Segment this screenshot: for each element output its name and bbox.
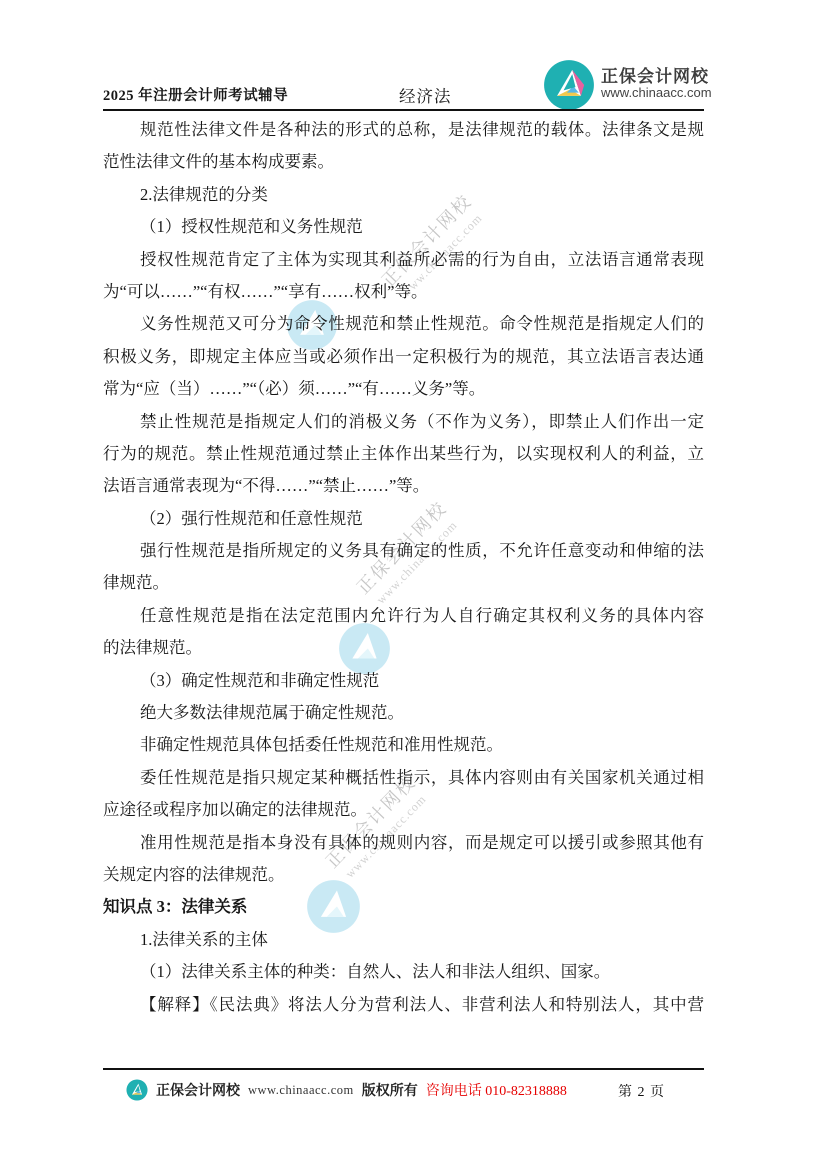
footer-copyright: 版权所有	[362, 1080, 418, 1100]
subject-title: 经济法	[399, 83, 452, 107]
footer-phone: 咨询电话 010-82318888	[426, 1080, 567, 1100]
section-heading: 知识点 3：法律关系	[103, 891, 704, 923]
body-line: 律规范。	[103, 567, 704, 599]
header-divider	[103, 109, 704, 111]
footer-logo-icon	[126, 1079, 148, 1101]
body-line: 义务性规范又可分为命令性规范和禁止性规范。命令性规范是指规定人们的	[103, 308, 704, 340]
body-line: 积极义务，即规定主体应当或必须作出一定积极行为的规范，其立法语言表达通	[103, 341, 704, 373]
footer-page-number: 第 2 页	[618, 1081, 665, 1101]
body-line: 非确定性规范具体包括委任性规范和准用性规范。	[103, 729, 704, 761]
brand-logo-icon	[543, 59, 595, 111]
body-line: 关规定内容的法律规范。	[103, 859, 704, 891]
brand-name: 正保会计网校	[601, 62, 709, 87]
body-line: 1.法律关系的主体	[103, 924, 704, 956]
body-line: 范性法律文件的基本构成要素。	[103, 146, 704, 178]
body-line: 委任性规范是指只规定某种概括性指示，具体内容则由有关国家机关通过相	[103, 762, 704, 794]
footer-brand-row: 正保会计网校 www.chinaacc.com 版权所有 咨询电话 010-82…	[126, 1078, 567, 1102]
body-line: （2）强行性规范和任意性规范	[103, 503, 704, 535]
body-line: 2.法律规范的分类	[103, 179, 704, 211]
body-line: 为“可以……”“有权……”“享有……权利”等。	[103, 276, 704, 308]
document-body: 规范性法律文件是各种法的形式的总称，是法律规范的载体。法律条文是规 范性法律文件…	[103, 114, 704, 1021]
brand-url: www.chinaacc.com	[601, 85, 712, 100]
body-line: 的法律规范。	[103, 632, 704, 664]
footer-brand-name: 正保会计网校	[156, 1080, 240, 1100]
body-line: 授权性规范肯定了主体为实现其利益所必需的行为自由，立法语言通常表现	[103, 244, 704, 276]
body-line: 常为“应（当）……”“（必）须……”“有……义务”等。	[103, 373, 704, 405]
body-line: 任意性规范是指在法定范围内允许行为人自行确定其权利义务的具体内容	[103, 600, 704, 632]
body-line: 【解释】《民法典》将法人分为营利法人、非营利法人和特别法人，其中营	[103, 989, 704, 1021]
body-line: 应途径或程序加以确定的法律规范。	[103, 794, 704, 826]
body-line: 绝大多数法律规范属于确定性规范。	[103, 697, 704, 729]
document-page: 正保会计网校 www.chinaacc.com 正保会计网校 www.china…	[0, 0, 827, 1170]
footer-divider	[103, 1068, 704, 1070]
footer-brand-url: www.chinaacc.com	[248, 1083, 354, 1098]
body-line: 行为的规范。禁止性规范通过禁止主体作出某些行为，以实现权利人的利益，立	[103, 438, 704, 470]
body-line: 规范性法律文件是各种法的形式的总称，是法律规范的载体。法律条文是规	[103, 114, 704, 146]
course-title: 2025 年注册会计师考试辅导	[103, 84, 288, 105]
body-line: （1）法律关系主体的种类：自然人、法人和非法人组织、国家。	[103, 956, 704, 988]
body-line: 法语言通常表现为“不得……”“禁止……”等。	[103, 470, 704, 502]
body-line: （1）授权性规范和义务性规范	[103, 211, 704, 243]
body-line: 禁止性规范是指规定人们的消极义务（不作为义务），即禁止人们作出一定	[103, 406, 704, 438]
body-line: 强行性规范是指所规定的义务具有确定的性质，不允许任意变动和伸缩的法	[103, 535, 704, 567]
body-line: （3）确定性规范和非确定性规范	[103, 665, 704, 697]
body-line: 准用性规范是指本身没有具体的规则内容，而是规定可以援引或参照其他有	[103, 827, 704, 859]
